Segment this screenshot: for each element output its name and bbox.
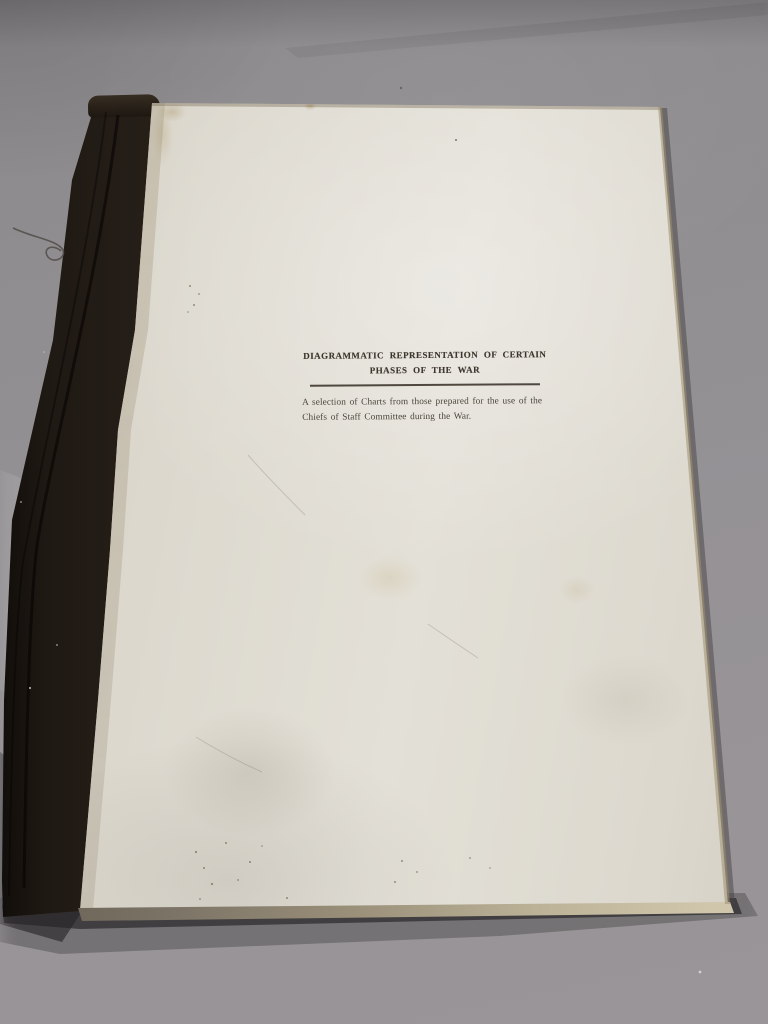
foxing-specks bbox=[187, 285, 491, 900]
hair-strand bbox=[13, 228, 63, 260]
photo-scene: DIAGRAMMATIC REPRESENTATION OF CERTAIN P… bbox=[0, 0, 768, 1024]
cover-scuff-marks bbox=[196, 455, 478, 772]
lint-specks bbox=[20, 351, 58, 689]
spine-groove-line-2 bbox=[9, 112, 106, 896]
spine-groove-line bbox=[24, 115, 118, 888]
photo-details-overlay bbox=[0, 0, 768, 1024]
backdrop-specks bbox=[400, 87, 702, 974]
